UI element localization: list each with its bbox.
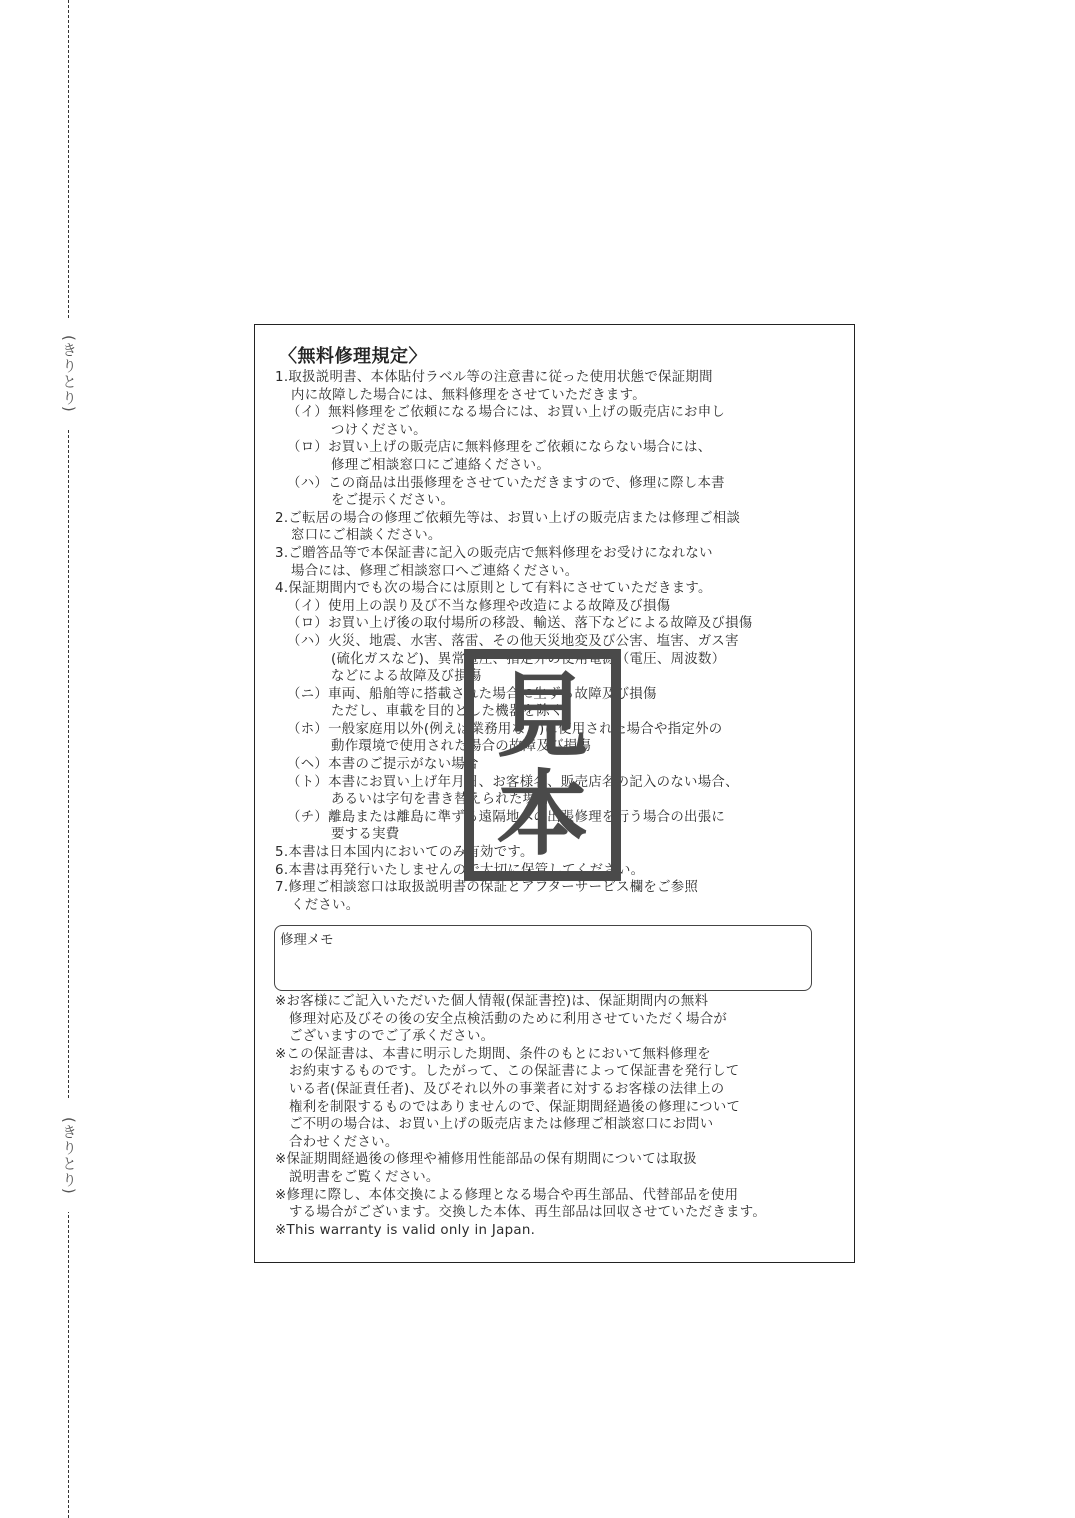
- note-line: ※この保証書は、本書に明示した期間、条件のもとにおいて無料修理を: [275, 1046, 850, 1064]
- note-line: 修理対応及びその後の安全点検活動のために利用させていただく場合が: [275, 1011, 850, 1029]
- rule-line: 内に故障した場合には、無料修理をさせていただきます。: [275, 387, 845, 405]
- note-line: 合わせください。: [275, 1134, 850, 1152]
- note-line: する場合がございます。交換した本体、再生部品は回収させていただきます。: [275, 1204, 850, 1222]
- rule-line: つけください。: [275, 422, 845, 440]
- cut-guide-label-upper: (きりとり): [56, 318, 82, 430]
- stamp-char-mi: 見: [474, 667, 611, 767]
- rule-line: 2.ご転居の場合の修理ご依頼先等は、お買い上げの販売店または修理ご相談: [275, 510, 845, 528]
- rule-line: 場合には、修理ご相談窓口へご連絡ください。: [275, 563, 845, 581]
- rule-line: 3.ご贈答品等で本保証書に記入の販売店で無料修理をお受けになれない: [275, 545, 845, 563]
- rule-line: （ロ）お買い上げ後の取付場所の移設、輸送、落下などによる故障及び損傷: [275, 615, 845, 633]
- repair-memo-box[interactable]: 修理メモ: [274, 925, 812, 991]
- note-line: いる者(保証責任者)、及びそれ以外の事業者に対するお客様の法律上の: [275, 1081, 850, 1099]
- warranty-terms-card: 〈無料修理規定〉 1.取扱説明書、本体貼付ラベル等の注意書に従った使用状態で保証…: [254, 324, 855, 1263]
- note-line: 説明書をご覧ください。: [275, 1169, 850, 1187]
- notes-list: ※お客様にご記入いただいた個人情報(保証書控)は、保証期間内の無料修理対応及びそ…: [275, 993, 850, 1239]
- rule-line: （ロ）お買い上げの販売店に無料修理をご依頼にならない場合には、: [275, 439, 845, 457]
- section-heading: 〈無料修理規定〉: [279, 345, 845, 369]
- rule-line: 1.取扱説明書、本体貼付ラベル等の注意書に従った使用状態で保証期間: [275, 369, 845, 387]
- note-line: ございますのでご了承ください。: [275, 1028, 850, 1046]
- rule-line: （ハ）火災、地震、水害、落雷、その他天災地変及び公害、塩害、ガス害: [275, 633, 845, 651]
- sample-stamp: 見 本: [464, 649, 621, 881]
- cut-guide-dashed-line: [68, 0, 69, 1518]
- rule-line: （イ）使用上の誤り及び不当な修理や改造による故障及び損傷: [275, 598, 845, 616]
- rule-line: 修理ご相談窓口にご連絡ください。: [275, 457, 845, 475]
- stamp-char-hon: 本: [474, 765, 611, 865]
- note-line: ※お客様にご記入いただいた個人情報(保証書控)は、保証期間内の無料: [275, 993, 850, 1011]
- rule-line: （ハ）この商品は出張修理をさせていただきますので、修理に際し本書: [275, 475, 845, 493]
- note-line: ※保証期間経過後の修理や補修用性能部品の保有期間については取扱: [275, 1151, 850, 1169]
- rule-line: 窓口にご相談ください。: [275, 527, 845, 545]
- cut-guide-label-lower: (きりとり): [56, 1100, 82, 1212]
- rule-line: をご提示ください。: [275, 492, 845, 510]
- note-line: ※修理に際し、本体交換による修理となる場合や再生部品、代替部品を使用: [275, 1187, 850, 1205]
- note-line: ※This warranty is valid only in Japan.: [275, 1222, 850, 1240]
- note-line: 権利を制限するものではありませんので、保証期間経過後の修理について: [275, 1099, 850, 1117]
- rule-line: 4.保証期間内でも次の場合には原則として有料にさせていただきます。: [275, 580, 845, 598]
- rule-line: （イ）無料修理をご依頼になる場合には、お買い上げの販売店にお申し: [275, 404, 845, 422]
- repair-memo-label: 修理メモ: [280, 929, 334, 948]
- note-line: お約束するものです。したがって、この保証書によって保証書を発行して: [275, 1063, 850, 1081]
- rule-line: 7.修理ご相談窓口は取扱説明書の保証とアフターサービス欄をご参照: [275, 879, 845, 897]
- note-line: ご不明の場合は、お買い上げの販売店または修理ご相談窓口にお問い: [275, 1116, 850, 1134]
- rule-line: ください。: [275, 897, 845, 915]
